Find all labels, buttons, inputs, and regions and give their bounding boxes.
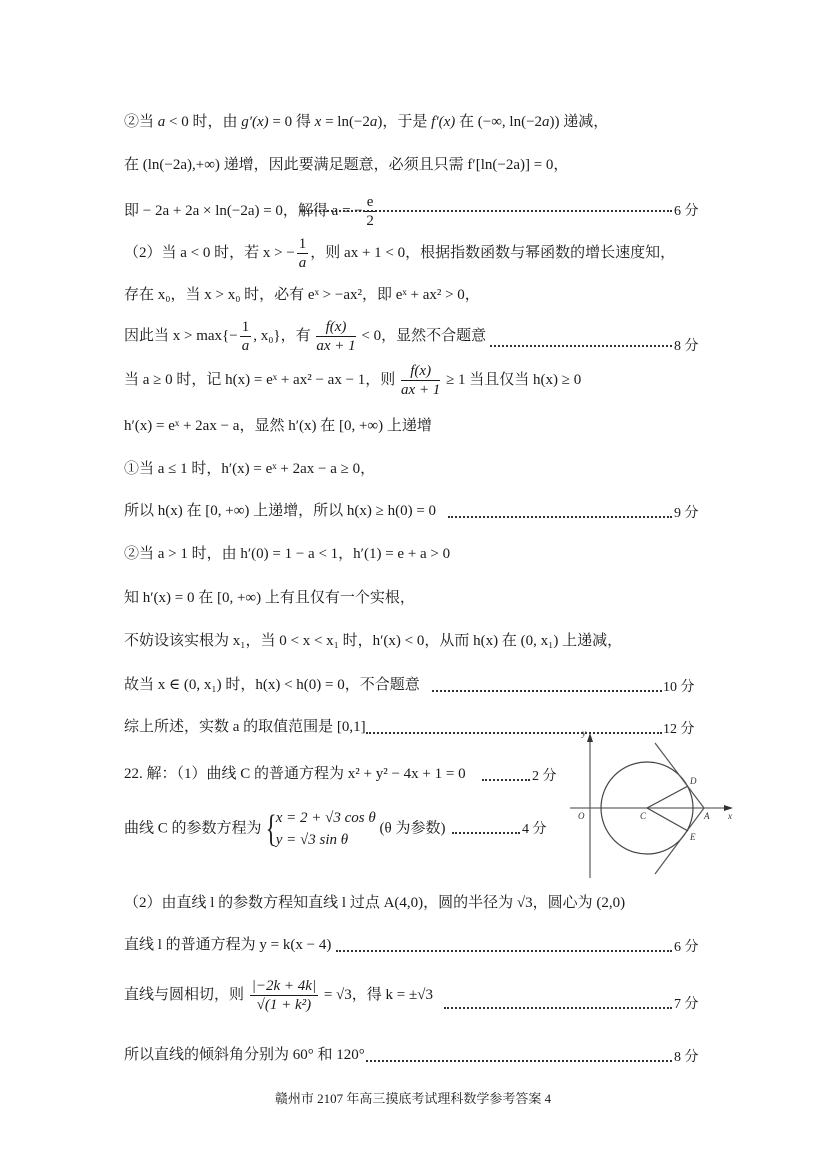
leader-dots <box>448 516 672 518</box>
denominator: ax + 1 <box>316 337 355 355</box>
segment-cd <box>647 786 688 808</box>
fraction: f(x)ax + 1 <box>316 318 355 355</box>
solution-line-19: 直线 l 的普通方程为 y = k(x − 4) <box>124 935 331 955</box>
text: (θ 为参数) <box>380 820 446 836</box>
page-footer: 赣州市 2107 年高三摸底考试理科数学参考答案 4 <box>0 1088 826 1107</box>
leader-dots <box>490 345 672 347</box>
solution-line-14: 故当 x ∈ (0, x₁) 时，h(x) < h(0) = 0，不合题意 <box>124 675 420 695</box>
circle-tangent-diagram: y x O C A D E <box>560 725 750 885</box>
solution-line-7: 当 a ≥ 0 时，记 h(x) = eˣ + ax² − ax − 1，则 f… <box>124 362 581 399</box>
solution-line-20: 直线与圆相切，则 |−2k + 4k|√(1 + k²) = √3，得 k = … <box>124 977 433 1014</box>
score-label: 4 分 <box>522 818 547 838</box>
numerator: f(x) <box>401 362 440 381</box>
denominator: √(1 + k²) <box>250 996 318 1014</box>
text: = ln(−2 <box>321 114 370 130</box>
text: ，则 ax + 1 < 0，根据指数函数与幂函数的增长速度知， <box>310 245 675 261</box>
numerator: 1 <box>240 318 252 337</box>
score-label: 9 分 <box>674 502 699 522</box>
brace: { <box>265 810 276 848</box>
leader-dots <box>366 1060 672 1062</box>
solution-line-6: 因此当 x > max{−1a, x₀}，有 f(x)ax + 1 < 0，显然… <box>124 318 486 355</box>
text: 因此当 x > max{− <box>124 328 238 344</box>
math: g′(x) <box>241 114 268 130</box>
text: ≥ 1 当且仅当 h(x) ≥ 0 <box>442 372 581 388</box>
solution-line-21: 所以直线的倾斜角分别为 60° 和 120° <box>124 1045 365 1065</box>
solution-line-9: ①当 a ≤ 1 时，h′(x) = eˣ + 2ax − a ≥ 0， <box>124 459 375 479</box>
solution-line-15: 综上所述，实数 a 的取值范围是 [0,1] <box>124 717 366 737</box>
label-d: D <box>689 776 697 786</box>
math: f′(x) <box>431 114 455 130</box>
equation-row: x = 2 + √3 cos θ <box>276 807 376 829</box>
solution-line-11: ②当 a > 1 时，由 h′(0) = 1 − a < 1，h′(1) = e… <box>124 544 450 564</box>
text: ②当 <box>124 114 158 130</box>
text: （2）当 a < 0 时，若 x > − <box>124 245 295 261</box>
numerator: |−2k + 4k| <box>250 977 318 996</box>
solution-line-2: 在 (ln(−2a),+∞) 递增，因此要满足题意，必须且只需 f′[ln(−2… <box>124 155 568 175</box>
segment-ce <box>647 808 688 831</box>
text: )) 递减， <box>550 114 609 130</box>
denominator: a <box>240 337 252 355</box>
leader-dots <box>444 1007 672 1009</box>
label-c: C <box>640 811 647 821</box>
y-axis-arrow-icon <box>587 733 593 742</box>
label-y: y <box>581 728 586 738</box>
denominator: a <box>297 254 309 272</box>
text: < 0 时，由 <box>165 114 241 130</box>
score-label: 2 分 <box>532 765 557 785</box>
text: = √3，得 k = ±√3 <box>320 987 433 1003</box>
parametric-equation-line: 曲线 C 的参数方程为{x = 2 + √3 cos θy = √3 sin θ… <box>124 807 445 851</box>
denominator: 2 <box>365 212 376 230</box>
problem-22-part1: 22. 解：（1）曲线 C 的普通方程为 x² + y² − 4x + 1 = … <box>124 764 466 784</box>
numerator: 1 <box>297 235 309 254</box>
text: , x₀}，有 <box>253 328 314 344</box>
tangent-line-upper <box>655 743 704 808</box>
numerator: f(x) <box>316 318 355 337</box>
leader-dots <box>336 950 672 952</box>
score-label: 8 分 <box>674 335 699 355</box>
score-label: 6 分 <box>674 200 699 220</box>
leader-dots <box>482 779 530 781</box>
solution-line-8: h′(x) = eˣ + 2ax − a，显然 h′(x) 在 [0, +∞) … <box>124 416 432 436</box>
label-x: x <box>727 811 732 821</box>
solution-line-4: （2）当 a < 0 时，若 x > −1a，则 ax + 1 < 0，根据指数… <box>124 235 675 272</box>
math: a <box>542 114 550 130</box>
text: < 0，显然不合题意 <box>358 328 486 344</box>
label-e: E <box>689 832 696 842</box>
text: 当 a ≥ 0 时，记 h(x) = eˣ + ax² − ax − 1，则 <box>124 372 399 388</box>
tangent-line-lower <box>655 808 704 874</box>
fraction: 1a <box>240 318 252 355</box>
score-label: 6 分 <box>674 936 699 956</box>
score-label: 7 分 <box>674 993 699 1013</box>
leader-dots <box>432 690 662 692</box>
text: )，于是 <box>377 114 431 130</box>
score-label: 8 分 <box>674 1046 699 1066</box>
text: 直线与圆相切，则 <box>124 987 248 1003</box>
solution-line-13: 不妨设该实根为 x₁，当 0 < x < x₁ 时，h′(x) < 0，从而 h… <box>124 631 622 651</box>
fraction: f(x)ax + 1 <box>401 362 440 399</box>
solution-line-5: 存在 x₀，当 x > x₀ 时，必有 eˣ > −ax²，即 eˣ + ax²… <box>124 285 480 305</box>
denominator: ax + 1 <box>401 381 440 399</box>
leader-dots <box>452 832 520 834</box>
equation-row: y = √3 sin θ <box>276 829 376 851</box>
solution-line-12: 知 h′(x) = 0 在 [0, +∞) 上有且仅有一个实根， <box>124 588 415 608</box>
text: = 0 得 <box>269 114 315 130</box>
leader-dots <box>300 210 672 212</box>
fraction: |−2k + 4k|√(1 + k²) <box>250 977 318 1014</box>
score-label: 10 分 <box>663 676 695 696</box>
solution-line-10: 所以 h(x) 在 [0, +∞) 上递增，所以 h(x) ≥ h(0) = 0 <box>124 501 436 521</box>
label-a: A <box>703 811 710 821</box>
fraction: 1a <box>297 235 309 272</box>
problem-22-part2: （2）由直线 l 的参数方程知直线 l 过点 A(4,0)，圆的半径为 √3，圆… <box>124 893 625 913</box>
solution-line-1: ②当 a < 0 时，由 g′(x) = 0 得 x = ln(−2a)，于是 … <box>124 112 608 132</box>
text: 在 (−∞, ln(−2 <box>455 114 542 130</box>
text: 曲线 C 的参数方程为 <box>124 820 262 836</box>
label-o: O <box>578 811 585 821</box>
equation-system: x = 2 + √3 cos θy = √3 sin θ <box>276 807 376 851</box>
